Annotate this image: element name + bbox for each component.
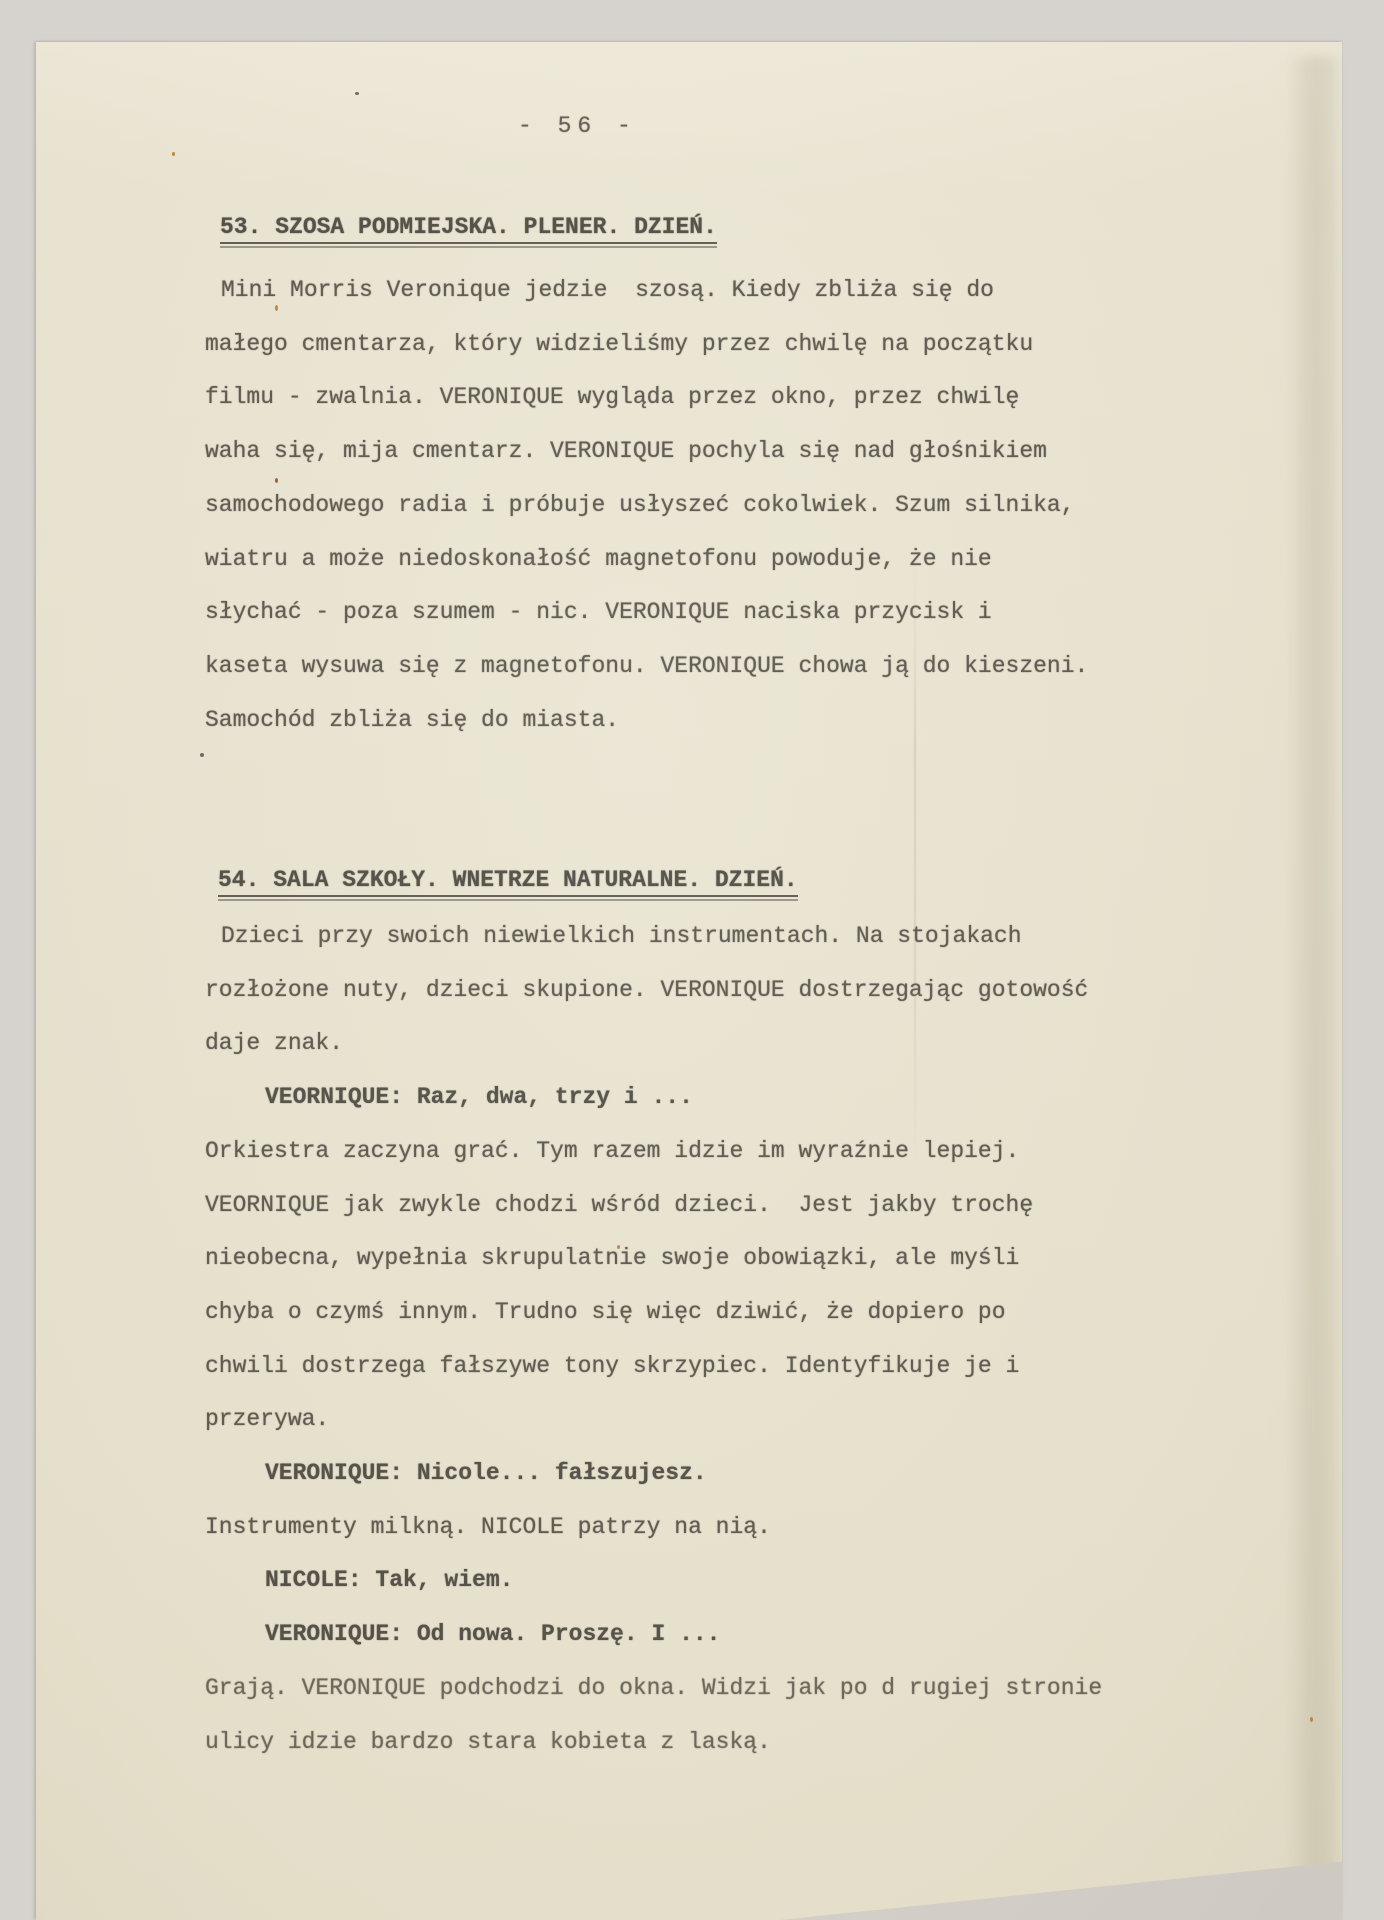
dialog-line: VEORNIQUE: Raz, dwa, trzy i ... (205, 1071, 1102, 1125)
scene-heading-54: 54. SALA SZKOŁY. WNETRZE NATURALNE. DZIE… (218, 867, 798, 901)
scene-heading-53: 53. SZOSA PODMIEJSKA. PLENER. DZIEŃ. (220, 214, 717, 248)
dialog-line: VERONIQUE: Nicole... fałszujesz. (205, 1447, 1102, 1501)
script-line: ulicy idzie bardzo stara kobieta z laską… (205, 1716, 1102, 1770)
paper-corner-shadow (780, 1855, 1342, 1920)
script-line: Grają. VERONIQUE podchodzi do okna. Widz… (205, 1662, 1102, 1716)
page-number: - 56 - (518, 113, 637, 139)
dust-speck (172, 152, 175, 156)
scan-background: - 56 - 53. SZOSA PODMIEJSKA. PLENER. DZI… (0, 0, 1384, 1920)
script-line: samochodowego radia i próbuje usłyszeć c… (205, 479, 1088, 533)
script-line: Dzieci przy swoich niewielkich instrumen… (205, 910, 1102, 964)
script-line: nieobecna, wypełnia skrupulatnie swoje o… (205, 1232, 1102, 1286)
script-line: słychać - poza szumem - nic. VERONIQUE n… (205, 586, 1088, 640)
script-line: rozłożone nuty, dzieci skupione. VERONIQ… (205, 964, 1102, 1018)
script-line: wiatru a może niedoskonałość magnetofonu… (205, 533, 1088, 587)
script-line: Orkiestra zaczyna grać. Tym razem idzie … (205, 1125, 1102, 1179)
script-line: daje znak. (205, 1017, 1102, 1071)
script-line: Instrumenty milkną. NICOLE patrzy na nią… (205, 1501, 1102, 1555)
script-line: Mini Morris Veronique jedzie szosą. Kied… (205, 264, 1088, 318)
script-line: filmu - zwalnia. VERONIQUE wygląda przez… (205, 371, 1088, 425)
dialog-line: VERONIQUE: Od nowa. Proszę. I ... (205, 1608, 1102, 1662)
dust-speck (275, 305, 278, 311)
scene-54-text: Dzieci przy swoich niewielkich instrumen… (205, 910, 1102, 1769)
dust-speck (200, 753, 204, 757)
script-line: chyba o czymś innym. Trudno się więc dzi… (205, 1286, 1102, 1340)
script-line: kaseta wysuwa się z magnetofonu. VERONIQ… (205, 640, 1088, 694)
edge-smudge (1286, 57, 1338, 1897)
crease-line (914, 562, 916, 1162)
scene-53-text: Mini Morris Veronique jedzie szosą. Kied… (205, 264, 1088, 747)
script-line: małego cmentarza, który widzieliśmy prze… (205, 318, 1088, 372)
dust-speck (1310, 1717, 1313, 1722)
dialog-line: NICOLE: Tak, wiem. (205, 1554, 1102, 1608)
dust-speck (275, 478, 278, 483)
dust-speck (617, 1245, 620, 1249)
script-line: chwili dostrzega fałszywe tony skrzypiec… (205, 1340, 1102, 1394)
dust-speck (355, 92, 359, 95)
script-line: waha się, mija cmentarz. VERONIQUE pochy… (205, 425, 1088, 479)
document-page: - 56 - 53. SZOSA PODMIEJSKA. PLENER. DZI… (36, 42, 1342, 1920)
script-line: VEORNIQUE jak zwykle chodzi wśród dzieci… (205, 1179, 1102, 1233)
script-line: przerywa. (205, 1393, 1102, 1447)
script-line: Samochód zbliża się do miasta. (205, 694, 1088, 748)
